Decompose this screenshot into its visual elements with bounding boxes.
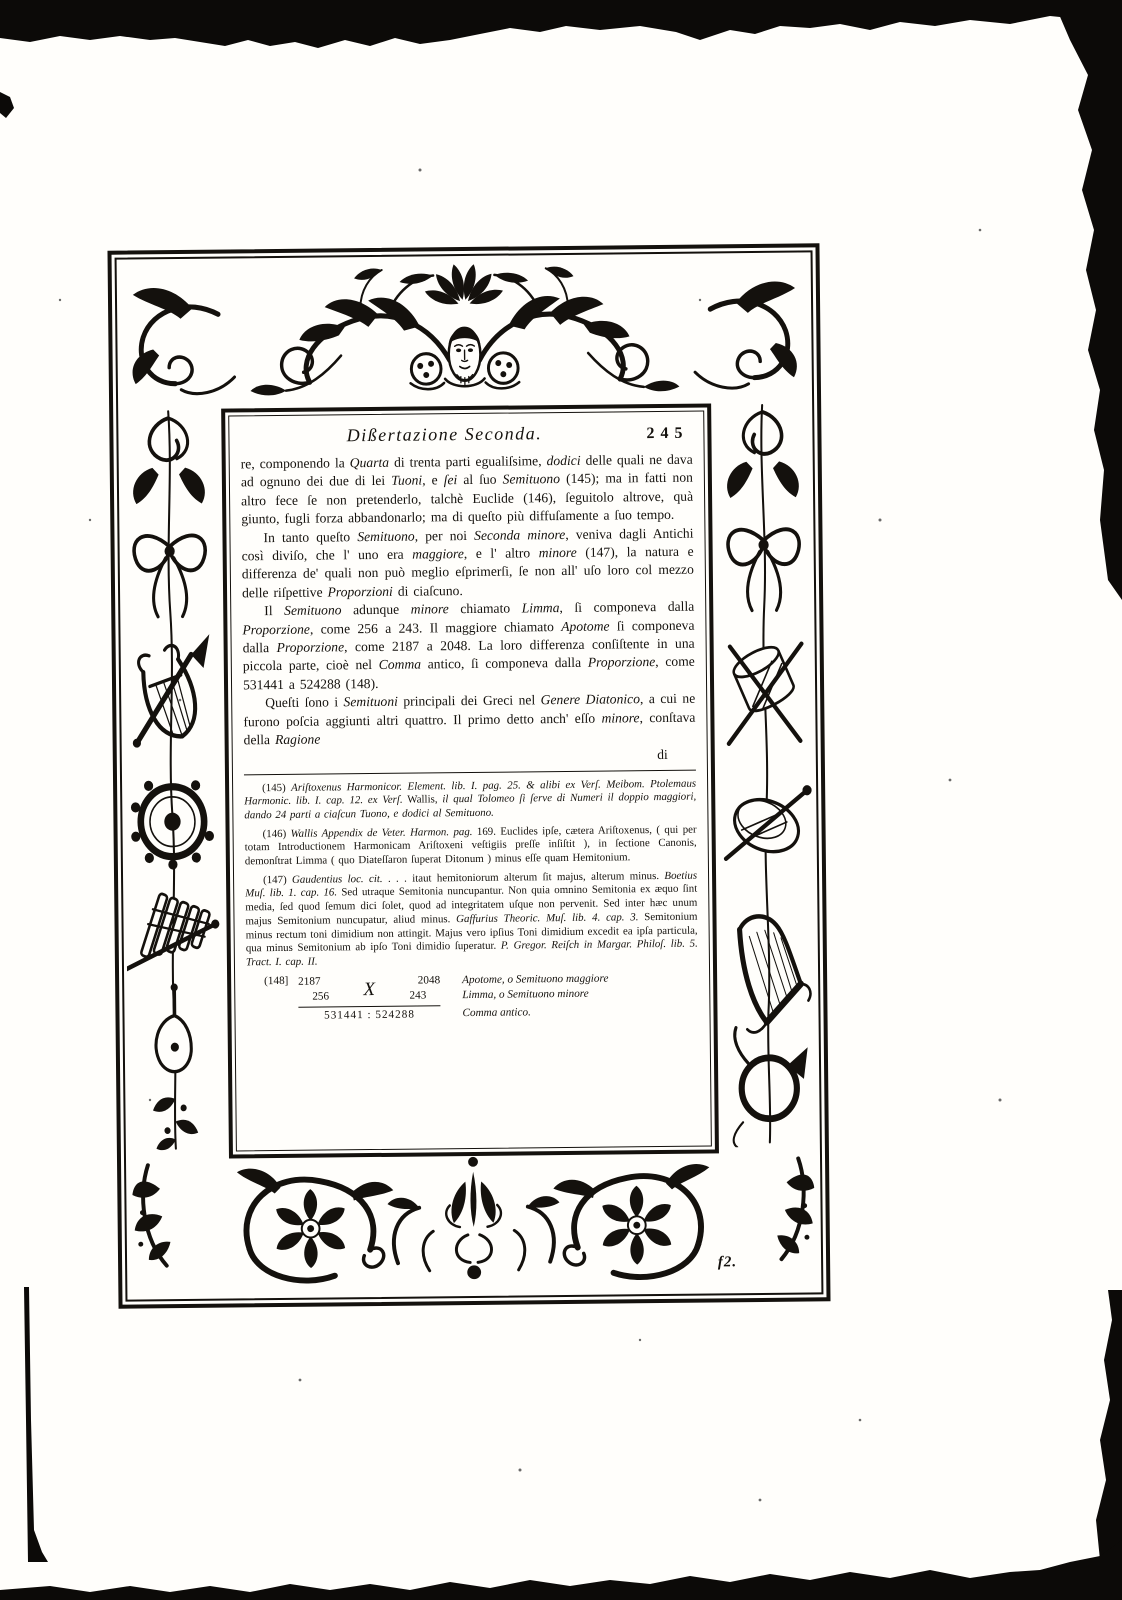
- comma-ratio: 531441 : 524288: [298, 1005, 440, 1022]
- torn-edge-right: [1058, 0, 1122, 600]
- scan-mark-left-top: [0, 92, 14, 118]
- footnotes: (145) Ariſtoxenus Harmonicor. Element. l…: [244, 777, 699, 1023]
- footnote-145: (145) Ariſtoxenus Harmonicor. Element. l…: [244, 777, 696, 823]
- bottom-border-engraving: [132, 1148, 815, 1295]
- comma-label: Comma antico.: [462, 1004, 608, 1021]
- rosette-icon: [273, 1189, 349, 1269]
- mask-icon: [423, 263, 506, 387]
- limma-ratio-left: 256: [312, 989, 329, 1004]
- text-box: Dißertazione Seconda. 245 re, componendo…: [221, 403, 719, 1158]
- footnote-rule: [244, 769, 696, 775]
- palmette-icon: [446, 1157, 502, 1280]
- paragraph: Il Semituono adunque minore chiamato Lim…: [242, 598, 695, 695]
- lute-icon: [155, 983, 191, 1072]
- signature-mark: f2.: [718, 1254, 737, 1271]
- harp-icon: [726, 907, 816, 1034]
- engraved-border-frame: Dißertazione Seconda. 245 re, componendo…: [107, 243, 830, 1308]
- page-title: Dißertazione Seconda.: [242, 422, 646, 447]
- apotome-label: Apotome, o Semituono maggiore: [462, 971, 608, 988]
- footnote-148: (148] 2187 2048 256 243 531441 : 524288 …: [246, 970, 698, 1023]
- paragraph: In tanto queſto Semituono, per noi Secon…: [241, 524, 694, 602]
- paragraph: Queſti ſono i Semituoni principali dei G…: [243, 690, 696, 750]
- footnote-147: (147) Gaudentius loc. cit. . . . itaut h…: [245, 869, 698, 970]
- footnote-146: (146) Wallis Appendix de Veter. Harmon. …: [245, 823, 697, 869]
- scanned-book-page: { "colors": { "ink": "#14110d", "paper":…: [0, 0, 1122, 1600]
- cross-icon: X: [363, 980, 375, 999]
- torn-edge-bottom: [0, 1540, 1122, 1600]
- limma-ratio-right: 243: [409, 988, 426, 1003]
- torn-edge-top: [0, 0, 1122, 48]
- torn-edge-right-lower: [1075, 1290, 1122, 1600]
- paragraph: re, componendo la Quarta di trenta parti…: [241, 451, 694, 529]
- ratio-labels: Apotome, o Semituono maggiore Limma, o S…: [462, 971, 609, 1021]
- text-box-inner-rule: Dißertazione Seconda. 245 re, componendo…: [228, 411, 712, 1152]
- limma-label: Limma, o Semituono minore: [462, 986, 608, 1003]
- scan-line-left: [24, 1287, 48, 1562]
- tambourine-icon: [131, 780, 215, 870]
- top-border-engraving: [123, 257, 806, 408]
- right-border-instruments-engraving: [715, 402, 817, 1147]
- drum-icon: [730, 641, 797, 716]
- running-head: Dißertazione Seconda. 245: [240, 420, 692, 456]
- apotome-ratio-left: 2187: [298, 974, 321, 989]
- cross-multiplication-diagram: 2187 2048 256 243 531441 : 524288 X: [298, 973, 440, 1022]
- body-text: re, componendo la Quarta di trenta parti…: [241, 451, 696, 750]
- footnote-148-number: (148]: [246, 974, 298, 987]
- apotome-ratio-right: 2048: [418, 973, 441, 988]
- page-number: 245: [646, 425, 690, 443]
- left-border-instruments-engraving: [121, 409, 223, 1154]
- engraved-border-inner-rule: Dißertazione Seconda. 245 re, componendo…: [115, 250, 824, 1301]
